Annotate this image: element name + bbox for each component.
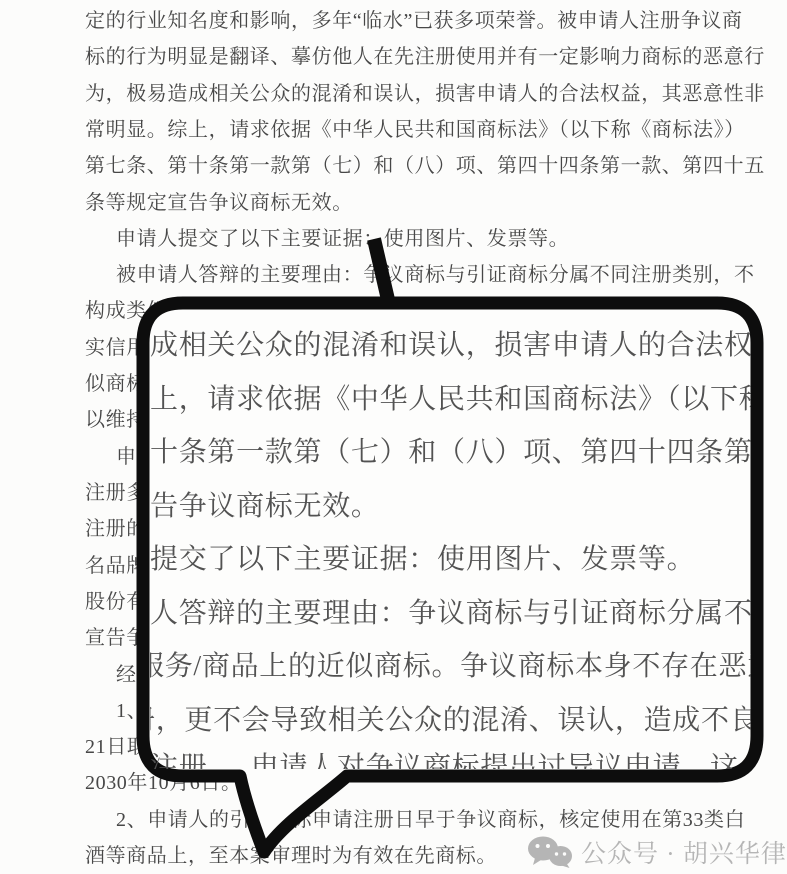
bubble-line: 提交了以下主要证据：使用图片、发票等。 [150,542,695,578]
bubble-line: 册，更不会导致相关公众的混淆、误认，造成不良影 [150,703,751,739]
bubble-line: 人答辩的主要理由：争议商标与引证商标分属不同 [150,596,751,632]
watermark-label: 公众号 · 胡兴华律师 [581,834,787,870]
bubble-line: 告争议商标无效。 [150,489,380,525]
wechat-icon [527,836,573,868]
bubble-line: 注册。 申请人对争议商标提出过异议申请，这 [150,750,739,769]
bubble-line: 服务/商品上的近似商标。争议商标本身不存在恶意 [150,649,751,685]
bubble-text-area: 成相关公众的混淆和误认，损害申请人的合法权益 上，请求依据《中华人民共和国商标法… [150,316,751,769]
bubble-pointer-top [374,239,389,304]
bubble-line: 上，请求依据《中华人民共和国商标法》（以下称 [150,382,751,418]
bubble-line: 成相关公众的混淆和误认，损害申请人的合法权益 [150,328,751,364]
page: { "colors": { "paper": "#fcfcfb", "ink":… [0,0,787,874]
bubble-line: 十条第一款第（七）和（八）项、第四十四条第一 [150,435,751,471]
watermark: 公众号 · 胡兴华律师 [527,834,787,870]
